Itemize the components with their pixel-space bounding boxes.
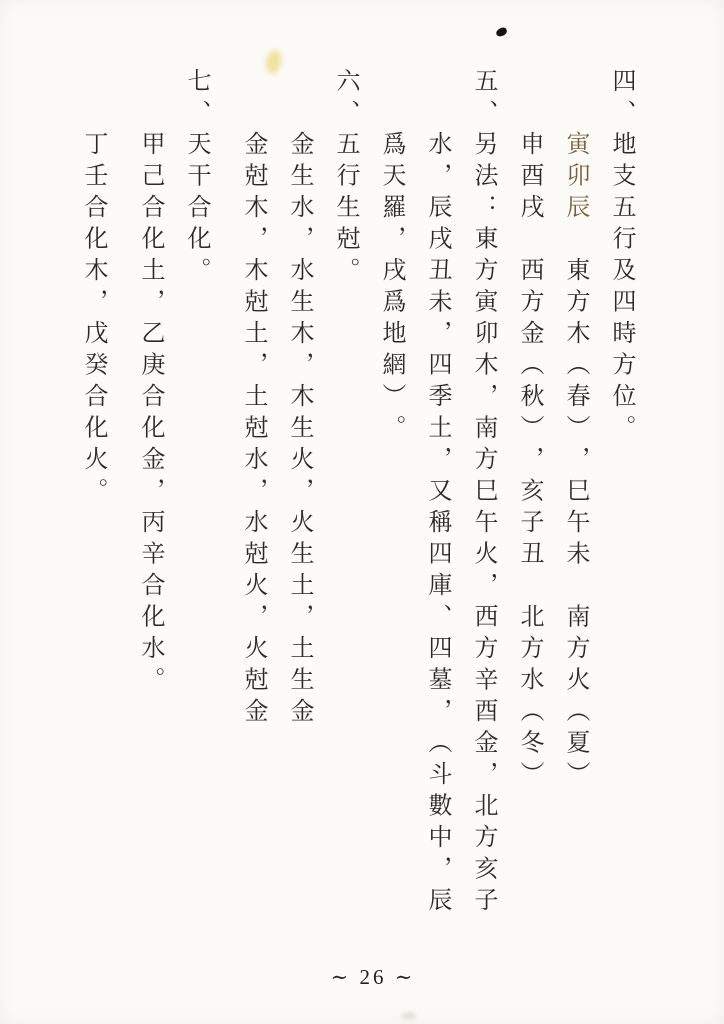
text-segment: 七、天干合化。 (183, 68, 209, 289)
vertical-text-body: 四、地支五行及四時方位。寅卯辰 東方木︵春︶，巳午未 南方火︵夏︶申酉戌 西方金… (70, 68, 644, 940)
text-column-10: 七、天干合化。 (173, 68, 219, 940)
text-column-3: 申酉戌 西方金︵秋︶，亥子丑 北方水︵冬︶ (506, 68, 552, 940)
text-segment: 六、五行生尅。 (332, 68, 358, 289)
text-segment: 五、另法：東方寅卯木，南方巳午火，西方辛酉金，北方亥子 (470, 68, 496, 919)
text-segment: 金生水，水生木，木生火，火生土，土生金 (286, 131, 312, 730)
text-column-11: 甲己合化土，乙庚合化金，丙辛合化水。 (127, 68, 173, 940)
text-column-7: 六、五行生尅。 (322, 68, 368, 940)
text-segment: 申酉戌 西方金︵秋︶，亥子丑 北方水︵冬︶ (516, 131, 542, 793)
text-column-2: 寅卯辰 東方木︵春︶，巳午未 南方火︵夏︶ (552, 68, 598, 940)
text-column-12: 丁壬合化木，戊癸合化火。 (70, 68, 116, 940)
text-column-8: 金生水，水生木，木生火，火生土，土生金 (276, 68, 322, 940)
text-segment: 爲天羅，戌爲地網︶。 (378, 131, 404, 446)
text-column-1: 四、地支五行及四時方位。 (598, 68, 644, 940)
text-segment: 四、地支五行及四時方位。 (608, 68, 634, 446)
text-segment: 水，辰戌丑未，四季土，又稱四庫、四墓，︵斗數中，辰 (424, 131, 450, 919)
text-segment: 東方木︵春︶，巳午未 南方火︵夏︶ (562, 226, 588, 793)
scanned-book-page: 四、地支五行及四時方位。寅卯辰 東方木︵春︶，巳午未 南方火︵夏︶申酉戌 西方金… (0, 0, 724, 1024)
text-column-9: 金尅木，木尅土，土尅水，水尅火，火尅金 (230, 68, 276, 940)
paper-stain-artifact-2 (402, 1012, 416, 1020)
text-column-4: 五、另法：東方寅卯木，南方巳午火，西方辛酉金，北方亥子 (460, 68, 506, 940)
text-segment: 金尅木，木尅土，土尅水，水尅火，火尅金 (240, 131, 266, 730)
page-number: ∼ 26 ∼ (0, 965, 724, 990)
text-segment: 丁壬合化木，戊癸合化火。 (80, 131, 106, 509)
text-segment: 寅卯辰 (562, 131, 588, 226)
text-column-5: 水，辰戌丑未，四季土，又稱四庫、四墓，︵斗數中，辰 (414, 68, 460, 940)
text-column-6: 爲天羅，戌爲地網︶。 (368, 68, 414, 940)
ink-spot-artifact (495, 26, 508, 37)
text-segment: 甲己合化土，乙庚合化金，丙辛合化水。 (137, 131, 163, 698)
